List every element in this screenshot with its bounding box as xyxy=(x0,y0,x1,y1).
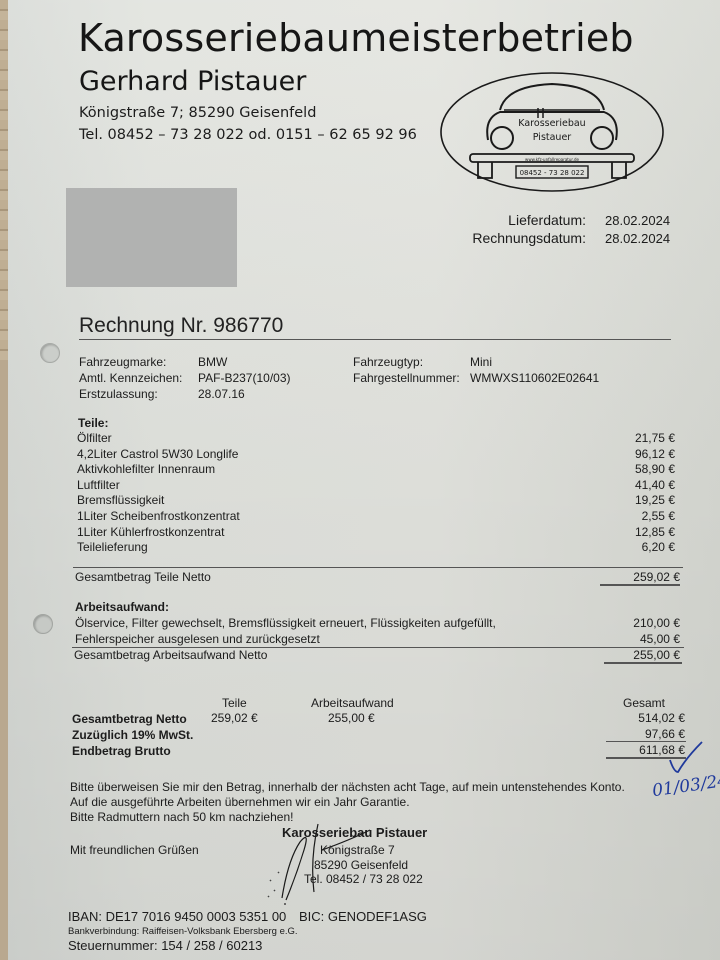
parts-total-underline xyxy=(600,584,680,586)
punch-hole-bottom xyxy=(33,614,53,634)
labor-item-price: 45,00 € xyxy=(590,632,680,646)
labor-item-description: Ölservice, Filter gewechselt, Bremsflüss… xyxy=(75,616,496,630)
handwritten-signature xyxy=(260,820,400,910)
closing-greeting: Mit freundlichen Grüßen xyxy=(70,843,199,857)
net-labor-value: 255,00 € xyxy=(328,711,375,725)
part-item-name: Luftfilter xyxy=(77,478,120,492)
labor-item-description: Fehlerspeicher ausgelesen und zurückgese… xyxy=(75,632,320,646)
part-item-price: 6,20 € xyxy=(585,540,675,554)
footer-tax-number: Steuernummer: 154 / 258 / 60213 xyxy=(68,938,262,953)
vehicle-plate-label: Amtl. Kennzeichen: xyxy=(79,371,182,385)
part-item-price: 58,90 € xyxy=(585,462,675,476)
part-item-price: 96,12 € xyxy=(585,447,675,461)
labor-heading: Arbeitsaufwand: xyxy=(75,600,169,614)
vehicle-type-label: Fahrzeugtyp: xyxy=(353,355,423,369)
summary-col-labor: Arbeitsaufwand xyxy=(311,696,394,710)
invoice-number-title: Rechnung Nr. 986770 xyxy=(79,314,283,338)
part-item-name: 1Liter Kühlerfrostkonzentrat xyxy=(77,525,224,539)
title-divider xyxy=(79,339,671,340)
vehicle-registration-label: Erstzulassung: xyxy=(79,387,158,401)
part-item-price: 19,25 € xyxy=(585,493,675,507)
logo-line1: Karosseriebau xyxy=(518,118,585,129)
parts-divider xyxy=(73,567,683,568)
vat-label: Zuzüglich 19% MwSt. xyxy=(72,728,193,742)
punch-hole-top xyxy=(40,343,60,363)
part-item-name: Teilelieferung xyxy=(77,540,148,554)
summary-col-total: Gesamt xyxy=(623,696,665,710)
company-title: Karosseriebaumeisterbetrieb xyxy=(78,16,634,60)
handwritten-checkmark-icon xyxy=(666,738,706,778)
logo-website: www.kfz-unfallreparatur.de xyxy=(525,157,579,162)
footer-bic: BIC: GENODEF1ASG xyxy=(299,909,427,924)
net-label: Gesamtbetrag Netto xyxy=(72,712,187,726)
part-item-name: Ölfilter xyxy=(77,431,112,445)
part-item-name: 4,2Liter Castrol 5W30 Longlife xyxy=(77,447,238,461)
vehicle-type-value: Mini xyxy=(470,355,492,369)
invoice-date-value: 28.02.2024 xyxy=(605,231,670,246)
parts-total-value: 259,02 € xyxy=(590,570,680,584)
part-item-price: 2,55 € xyxy=(585,509,675,523)
part-item-price: 41,40 € xyxy=(585,478,675,492)
summary-col-parts: Teile xyxy=(222,696,247,710)
part-item-price: 21,75 € xyxy=(585,431,675,445)
gross-label: Endbetrag Brutto xyxy=(72,744,171,758)
logo-plate: 08452 - 73 28 022 xyxy=(520,169,585,177)
note-line: Bitte überweisen Sie mir den Betrag, inn… xyxy=(70,780,625,794)
labor-total-underline xyxy=(604,662,682,664)
vehicle-vin-label: Fahrgestellnummer: xyxy=(353,371,460,385)
company-phone: Tel. 08452 – 73 28 022 od. 0151 – 62 65 … xyxy=(79,127,417,143)
parts-total-label: Gesamtbetrag Teile Netto xyxy=(75,570,211,584)
vehicle-registration-value: 28.07.16 xyxy=(198,387,245,401)
company-address: Königstraße 7; 85290 Geisenfeld xyxy=(79,105,316,121)
part-item-name: Aktivkohlefilter Innenraum xyxy=(77,462,215,476)
footer-bank: Bankverbindung: Raiffeisen-Volksbank Ebe… xyxy=(68,926,298,937)
redacted-recipient-address xyxy=(66,188,237,287)
net-parts-value: 259,02 € xyxy=(211,711,258,725)
part-item-name: Bremsflüssigkeit xyxy=(77,493,164,507)
company-logo: Karosseriebau Pistauer www.kfz-unfallrep… xyxy=(438,70,666,194)
delivery-date-label: Lieferdatum: xyxy=(426,212,586,228)
note-line: Auf die ausgeführte Arbeiten übernehmen … xyxy=(70,795,410,809)
labor-total-label: Gesamtbetrag Arbeitsaufwand Netto xyxy=(74,648,267,662)
logo-line2: Pistauer xyxy=(533,132,572,143)
labor-item-price: 210,00 € xyxy=(590,616,680,630)
vehicle-plate-value: PAF-B237(10/03) xyxy=(198,371,291,385)
vehicle-make-value: BMW xyxy=(198,355,227,369)
net-total-value: 514,02 € xyxy=(595,711,685,725)
part-item-name: 1Liter Scheibenfrostkonzentrat xyxy=(77,509,240,523)
invoice-date-label: Rechnungsdatum: xyxy=(426,230,586,246)
labor-total-value: 255,00 € xyxy=(590,648,680,662)
company-owner: Gerhard Pistauer xyxy=(79,66,306,97)
vehicle-make-label: Fahrzeugmarke: xyxy=(79,355,166,369)
part-item-price: 12,85 € xyxy=(585,525,675,539)
footer-iban: IBAN: DE17 7016 9450 0003 5351 00 xyxy=(68,909,286,924)
parts-heading: Teile: xyxy=(78,416,108,430)
vehicle-vin-value: WMWXS110602E02641 xyxy=(470,371,599,385)
delivery-date-value: 28.02.2024 xyxy=(605,213,670,228)
